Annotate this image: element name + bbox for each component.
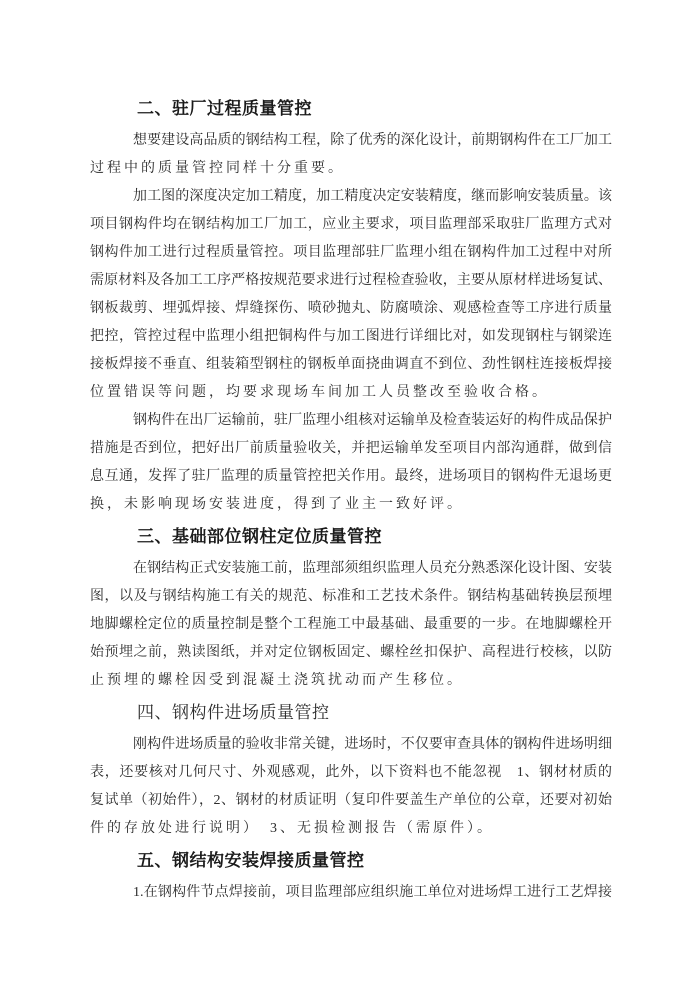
text-line: 息互通，发挥了驻厂监理的质量管控把关作用。最终，进场项目的钢构件无退场更 <box>90 463 612 491</box>
paragraph: 想要建设高品质的钢结构工程，除了优秀的深化设计，前期钢构件在工厂加工 过程中的质… <box>90 127 612 183</box>
text-line: 换，未影响现场安装进度，得到了业主一致好评。 <box>90 491 612 519</box>
text-line: 想要建设高品质的钢结构工程，除了优秀的深化设计，前期钢构件在工厂加工 <box>90 127 612 155</box>
text-line: 止预埋的螺栓因受到混凝土浇筑扰动而产生移位。 <box>90 667 612 695</box>
paragraph: 钢构件在出厂运输前，驻厂监理小组核对运输单及检查装运好的构件成品保护 措施是否到… <box>90 407 612 519</box>
text-line: 始预埋之前，熟读图纸，并对定位钢板固定、螺栓丝扣保护、高程进行校核，以防 <box>90 639 612 667</box>
text-line: 刚构件进场质量的验收非常关键，进场时，不仅要审查具体的钢构件进场明细 <box>90 731 612 759</box>
text-line: 地脚螺栓定位的质量控制是整个工程施工中最基础、最重要的一步。在地脚螺栓开 <box>90 611 612 639</box>
text-line: 1.在钢构件节点焊接前，项目监理部应组织施工单位对进场焊工进行工艺焊接 <box>90 879 612 907</box>
text-line: 措施是否到位，把好出厂前质量验收关，并把运输单发至项目内部沟通群，做到信 <box>90 435 612 463</box>
text-line: 钢板裁剪、埋弧焊接、焊缝探伤、喷砂抛丸、防腐喷涂、观感检查等工序进行质量 <box>90 295 612 323</box>
section-heading-5: 五、钢结构安装焊接质量管控 <box>90 847 612 875</box>
paragraph: 加工图的深度决定加工精度，加工精度决定安装精度，继而影响安装质量。该 项目钢构件… <box>90 183 612 407</box>
section-heading-3: 三、基础部位钢柱定位质量管控 <box>90 523 612 551</box>
paragraph: 在钢结构正式安装施工前，监理部须组织监理人员充分熟悉深化设计图、安装 图，以及与… <box>90 555 612 695</box>
text-line: 钢构件在出厂运输前，驻厂监理小组核对运输单及检查装运好的构件成品保护 <box>90 407 612 435</box>
document-content: 二、驻厂过程质量管控 想要建设高品质的钢结构工程，除了优秀的深化设计，前期钢构件… <box>90 91 612 907</box>
text-line: 件的存放处进行说明） 3、无损检测报告（需原件）。 <box>90 815 612 843</box>
text-line: 需原材料及各加工工序严格按规范要求进行过程检查验收，主要从原材样进场复试、 <box>90 267 612 295</box>
text-line: 加工图的深度决定加工精度，加工精度决定安装精度，继而影响安装质量。该 <box>90 183 612 211</box>
text-line: 项目钢构件均在钢结构加工厂加工，应业主要求，项目监理部采取驻厂监理方式对 <box>90 211 612 239</box>
text-line: 位置错误等问题，均要求现场车间加工人员整改至验收合格。 <box>90 379 612 407</box>
text-line: 把控，管控过程中监理小组把铜构件与加工图进行详细比对，如发现钢柱与钢梁连 <box>90 323 612 351</box>
section-heading-4: 四、钢构件进场质量管控 <box>90 699 612 727</box>
text-line: 钢构件加工进行过程质量管控。项目监理部驻厂监理小组在钢构件加工过程中对所 <box>90 239 612 267</box>
paragraph: 1.在钢构件节点焊接前，项目监理部应组织施工单位对进场焊工进行工艺焊接 <box>90 879 612 907</box>
text-line: 复试单（初始件），2、钢材的材质证明（复印件要盖生产单位的公章，还要对初始 <box>90 787 612 815</box>
paragraph: 刚构件进场质量的验收非常关键，进场时，不仅要审查具体的钢构件进场明细 表，还要核… <box>90 731 612 843</box>
text-line: 在钢结构正式安装施工前，监理部须组织监理人员充分熟悉深化设计图、安装 <box>90 555 612 583</box>
document-page: 二、驻厂过程质量管控 想要建设高品质的钢结构工程，除了优秀的深化设计，前期钢构件… <box>0 0 700 990</box>
text-line: 图，以及与钢结构施工有关的规范、标准和工艺技术条件。钢结构基础转换层预埋 <box>90 583 612 611</box>
text-line: 表，还要核对几何尺寸、外观感观，此外，以下资料也不能忽视 1、钢材材质的 <box>90 759 612 787</box>
section-heading-2: 二、驻厂过程质量管控 <box>90 95 612 123</box>
text-line: 过程中的质量管控同样十分重要。 <box>90 155 612 183</box>
text-line: 接板焊接不垂直、组装箱型钢柱的钢板单面挠曲调直不到位、劲性钢柱连接板焊接 <box>90 351 612 379</box>
